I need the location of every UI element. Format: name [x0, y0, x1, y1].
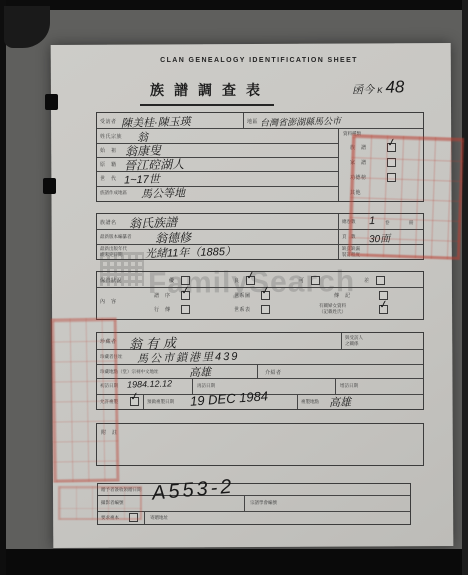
copy-place-label: 複製地點 [301, 399, 319, 405]
contents-checkbox-pedigree-chart: ✓ [261, 291, 270, 300]
condition-option: 良 [234, 277, 240, 284]
contents-checkbox-preface: ✓ [181, 291, 190, 300]
ancestor-label: 始 祖 [100, 147, 117, 154]
permit-copy-checkbox: ✓ [130, 397, 139, 406]
contents-item: 世系表 [234, 306, 251, 313]
copy-date-value: 19 DEC 1984 [190, 388, 269, 408]
chinese-title: 族譜調查表 [140, 80, 274, 106]
mailing-address-label: 寄贈地址 [150, 515, 168, 521]
check-mark: ✓ [260, 283, 271, 297]
condition-table: 保管狀況 優 良 ✓ 可 差 內 容 譜 序 ✓ 世系圖 ✓ 傳 記 行 傳 世… [96, 271, 424, 320]
pubdate-label: 最新出版年代 或未完日期 [100, 246, 127, 257]
condition-option: 優 [169, 277, 175, 284]
women-data-sub: （記載姓氏） [319, 309, 346, 315]
english-title: CLAN GENEALOGY IDENTIFICATION SHEET [96, 57, 422, 64]
contents-checkbox-pedigree-table [261, 305, 270, 314]
red-seal-left [51, 317, 120, 482]
check-mark: ✓ [180, 283, 191, 297]
condition-label: 保管狀況 [100, 277, 122, 284]
condition-option: 差 [364, 277, 370, 284]
place-made-value: 馬公等地 [141, 184, 185, 201]
place-made-label: 族譜作成地區 [100, 190, 127, 196]
annotation-mid: K [377, 86, 383, 95]
red-seal-right [348, 134, 464, 260]
society-number-label: 宗譜學會編號 [250, 500, 277, 506]
custody-table: 珍藏者 翁有成 與受訪人 之關係 珍藏者住址 馬公市鎖港里439 珍藏地點（堂）… [96, 332, 424, 410]
film-edge-bottom [0, 549, 468, 575]
condition-option: 可 [299, 277, 305, 284]
copy-date-label: 預做複製日期 [147, 399, 174, 405]
scanned-genealogy-sheet: FamilySearch CLAN GENEALOGY IDENTIFICATI… [0, 0, 468, 575]
interviewee-value: 陳美桂·陳玉瑛 [121, 113, 191, 131]
origin-label: 原 籍 [100, 161, 117, 168]
film-mark [45, 94, 58, 110]
condition-checkbox-good: ✓ [246, 276, 255, 285]
sheet-number: 48 [385, 77, 404, 96]
contents-item: 行 傳 [154, 306, 171, 313]
women-data-label: 有關婦女資料 [319, 303, 346, 309]
area-label: 地區 [247, 118, 258, 125]
relation-label: 與受訪人 之關係 [345, 335, 363, 346]
red-seal-bottom [58, 486, 142, 520]
contents-item: 世系圖 [234, 292, 251, 299]
pubdate-value: 光緒11年（1885） [145, 243, 236, 261]
compiler-label: 最新版本編纂者 [100, 234, 132, 240]
pubdate-label-line2: 或未完日期 [100, 252, 127, 258]
notes-box: 附 註 [96, 423, 424, 466]
custody-place-value: 高雄 [189, 364, 211, 381]
relation-label-line1: 與受訪人 [345, 335, 363, 341]
annotation-handwriting: 函今 K 48 [352, 77, 405, 98]
additional-visit-label: 增訪日期 [340, 383, 358, 389]
generations-label: 世 代 [100, 175, 117, 182]
film-edge-right [462, 0, 468, 575]
condition-checkbox-fair [311, 276, 320, 285]
introducer-label: 介紹者 [265, 369, 282, 376]
interviewee-label: 受訪者 [100, 118, 117, 125]
contents-label: 內 容 [100, 298, 117, 305]
surname-label: 姓氏宗族 [100, 133, 122, 140]
footer-table: 贈予者簽收領贈日期 攝影者編號 宗譜學會編號 要求複本 寄贈地址 [97, 483, 411, 525]
pubdate-label-line1: 最新出版年代 [100, 246, 127, 252]
check-mark: ✓ [245, 268, 256, 282]
condition-checkbox-poor [376, 276, 385, 285]
title-label: 族譜名 [100, 219, 117, 226]
first-visit-value: 1984.12.12 [127, 378, 172, 389]
contents-checkbox-conduct [181, 305, 190, 314]
check-mark: ✓ [378, 297, 389, 311]
area-value: 台灣省澎湖縣馬公市 [260, 114, 341, 129]
contents-item: 譜 序 [154, 292, 171, 299]
annotation-text: 函今 [352, 84, 374, 97]
contents-checkbox-women-data: ✓ [379, 305, 388, 314]
contents-item-women: 有關婦女資料 （記載姓氏） [319, 303, 346, 314]
film-edge-top [0, 0, 468, 10]
check-mark: ✓ [129, 389, 140, 403]
second-visit-label: 再訪日期 [197, 383, 215, 389]
contents-item: 傳 記 [334, 292, 351, 299]
film-edge-left [0, 0, 6, 575]
film-mark [43, 178, 56, 194]
relation-label-line2: 之關係 [345, 341, 363, 347]
copy-place-value: 高雄 [329, 394, 351, 411]
